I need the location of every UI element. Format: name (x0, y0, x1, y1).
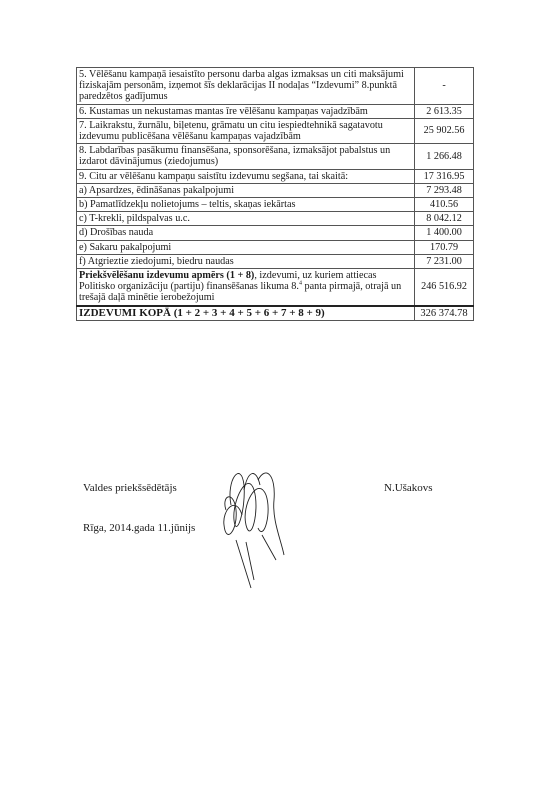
pre-election-desc: Priekšvēlēšanu izdevumu apmērs (1 + 8), … (77, 269, 415, 306)
row-value: 25 902.56 (415, 118, 474, 143)
document-page: 5. Vēlēšanu kampaņā iesaistīto personu d… (0, 0, 553, 792)
total-row: IZDEVUMI KOPĀ (1 + 2 + 3 + 4 + 5 + 6 + 7… (77, 306, 474, 321)
row-value: 170.79 (415, 240, 474, 254)
table-row: f) Atgrieztie ziedojumi, biedru naudas7 … (77, 254, 474, 268)
row-description: 6. Kustamas un nekustamas mantas īre vēl… (77, 104, 415, 118)
table-row: 9. Citu ar vēlēšanu kampaņu saistītu izd… (77, 169, 474, 183)
table-row: d) Drošības nauda1 400.00 (77, 226, 474, 240)
row-description: d) Drošības nauda (77, 226, 415, 240)
pre-election-expenses-row: Priekšvēlēšanu izdevumu apmērs (1 + 8), … (77, 269, 474, 306)
row-description: a) Apsardzes, ēdināšanas pakalpojumi (77, 183, 415, 197)
signatory-name: N.Ušakovs (384, 482, 433, 494)
row-value: 17 316.95 (415, 169, 474, 183)
table-row: e) Sakaru pakalpojumi170.79 (77, 240, 474, 254)
place-date: Rīga, 2014.gada 11.jūnijs (83, 522, 195, 534)
table-row: b) Pamatlīdzekļu nolietojums – teltis, s… (77, 198, 474, 212)
row-value: 7 293.48 (415, 183, 474, 197)
handwritten-signature-icon (196, 450, 286, 590)
row-value: 410.56 (415, 198, 474, 212)
row-description: 8. Labdarības pasākumu finansēšana, spon… (77, 144, 415, 169)
total-value: 326 374.78 (415, 306, 474, 321)
signatory-role: Valdes priekšsēdētājs (83, 482, 177, 494)
total-desc: IZDEVUMI KOPĀ (1 + 2 + 3 + 4 + 5 + 6 + 7… (77, 306, 415, 321)
row-description: 5. Vēlēšanu kampaņā iesaistīto personu d… (77, 68, 415, 105)
row-value: 7 231.00 (415, 254, 474, 268)
row-description: 9. Citu ar vēlēšanu kampaņu saistītu izd… (77, 169, 415, 183)
row-value: 1 266.48 (415, 144, 474, 169)
row-value: 8 042.12 (415, 212, 474, 226)
table-row: c) T-krekli, pildspalvas u.c.8 042.12 (77, 212, 474, 226)
table-row: 5. Vēlēšanu kampaņā iesaistīto personu d… (77, 68, 474, 105)
table-row: 8. Labdarības pasākumu finansēšana, spon… (77, 144, 474, 169)
row-value: 2 613.35 (415, 104, 474, 118)
row-value: 1 400.00 (415, 226, 474, 240)
table-row: 7. Laikrakstu, žurnālu, biļetenu, grāmat… (77, 118, 474, 143)
row-value: - (415, 68, 474, 105)
row-description: b) Pamatlīdzekļu nolietojums – teltis, s… (77, 198, 415, 212)
row-description: 7. Laikrakstu, žurnālu, biļetenu, grāmat… (77, 118, 415, 143)
row-description: c) T-krekli, pildspalvas u.c. (77, 212, 415, 226)
row-description: f) Atgrieztie ziedojumi, biedru naudas (77, 254, 415, 268)
pre-election-value: 246 516.92 (415, 269, 474, 306)
table-row: 6. Kustamas un nekustamas mantas īre vēl… (77, 104, 474, 118)
row-description: e) Sakaru pakalpojumi (77, 240, 415, 254)
pre-election-bold: Priekšvēlēšanu izdevumu apmērs (1 + 8) (79, 270, 254, 281)
table-row: a) Apsardzes, ēdināšanas pakalpojumi7 29… (77, 183, 474, 197)
expenses-table: 5. Vēlēšanu kampaņā iesaistīto personu d… (76, 67, 474, 321)
